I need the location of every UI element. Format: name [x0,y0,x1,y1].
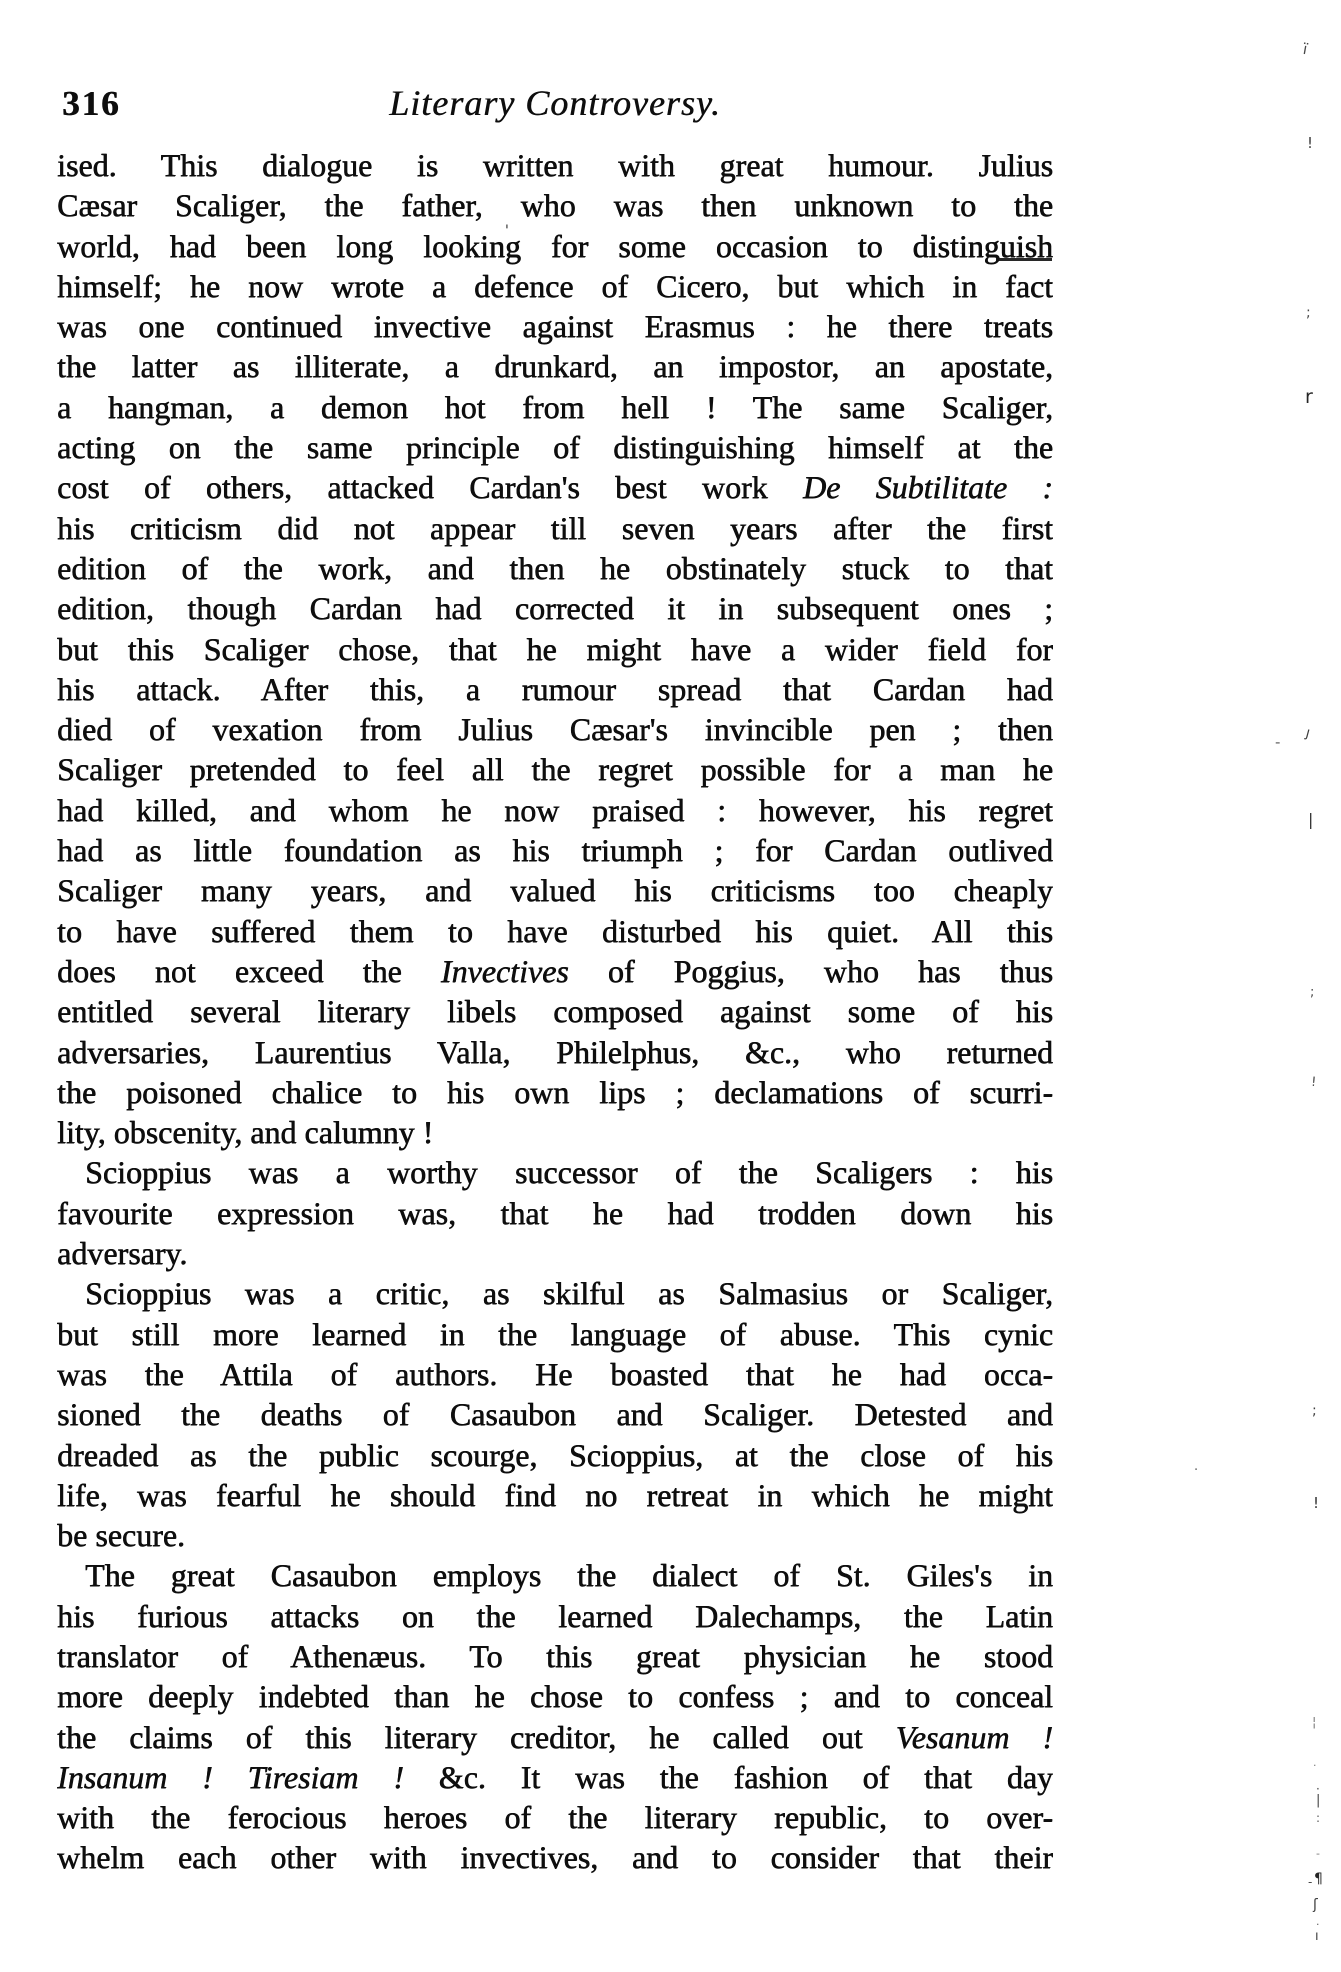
text-line: the latter as illiterate, a drunkard, an… [57,346,1053,386]
text-segment: was one continued invective against Eras… [57,308,1053,344]
text-segment: Scaliger pretended to feel all the regre… [57,751,1053,787]
text-line: a hangman, a demon hot from hell ! The s… [57,387,1053,427]
text-line: ised. This dialogue is written with grea… [57,145,1053,185]
text-line: does not exceed the Invectives of Poggiu… [57,951,1053,991]
text-segment: translator of Athenæus. To this great ph… [57,1638,1053,1674]
text-line: whelm each other with invectives, and to… [57,1837,1053,1877]
text-line: himself; he now wrote a defence of Cicer… [57,266,1053,306]
scan-speck: ; [1306,306,1311,320]
text-segment: cost of others, attacked Cardan's best w… [57,469,803,505]
text-line: his attack. After this, a rumour spread … [57,669,1053,709]
text-segment: himself; he now wrote a defence of Cicer… [57,268,1053,304]
text-line: the poisoned chalice to his own lips ; d… [57,1072,1053,1112]
text-segment: the latter as illiterate, a drunkard, an… [57,348,1053,384]
text-line: life, was fearful he should find no retr… [57,1475,1053,1515]
scan-speck: ȷ [1304,726,1311,741]
text-segment: adversaries, Laurentius Valla, Philelphu… [57,1034,1053,1070]
scan-speck: ! [1313,1496,1319,1511]
text-segment: Scioppius was a worthy successor of the … [85,1154,1053,1190]
scan-speck: r [1305,388,1313,407]
scan-speck: - [1316,1848,1320,1859]
scan-speck: - [1275,735,1280,750]
text-segment: the poisoned chalice to his own lips ; d… [57,1074,1053,1110]
text-segment: a hangman, a demon hot from hell ! The s… [57,389,1053,425]
ink-bar [996,258,1052,261]
scan-speck: ¦ [1312,1716,1316,1729]
text-segment: ised. This dialogue is written with grea… [57,147,1053,183]
text-line: the claims of this literary creditor, he… [57,1717,1053,1757]
text-segment: acting on the same principle of distingu… [57,429,1053,465]
text-line: more deeply indebted than he chose to co… [57,1676,1053,1716]
text-line: Scioppius was a critic, as skilful as Sa… [57,1273,1053,1313]
scan-speck: ; [1312,1404,1317,1418]
text-line: had as little foundation as his triumph … [57,830,1053,870]
text-segment: lity, obscenity, and calumny ! [57,1114,433,1150]
text-line: translator of Athenæus. To this great ph… [57,1636,1053,1676]
scan-speck: ı [1315,1930,1319,1943]
text-segment: Scioppius was a critic, as skilful as Sa… [85,1275,1053,1311]
text-line: Scioppius was a worthy successor of the … [57,1152,1053,1192]
text-segment: edition, though Cardan had corrected it … [57,590,1053,626]
text-line: but still more learned in the language o… [57,1314,1053,1354]
text-line: with the ferocious heroes of the literar… [57,1797,1053,1837]
text-line: Scaliger many years, and valued his crit… [57,870,1053,910]
scan-speck: ¶ [1314,1872,1323,1886]
text-line: adversary. [57,1233,1053,1273]
text-line: dreaded as the public scourge, Scioppius… [57,1435,1053,1475]
text-line: entitled several literary libels compose… [57,991,1053,1031]
text-line: favourite expression was, that he had tr… [57,1193,1053,1233]
text-segment: sioned the deaths of Casaubon and Scalig… [57,1396,1053,1432]
text-segment: entitled several literary libels compose… [57,993,1053,1029]
scan-speck: ! [1310,1076,1316,1089]
text-line: edition, though Cardan had corrected it … [57,588,1053,628]
text-segment: with the ferocious heroes of the literar… [57,1799,1053,1835]
italic-text-segment: De Subtilitate : [803,469,1053,505]
text-segment: of Poggius, who has thus [569,953,1053,989]
scan-speck: · [1313,1760,1317,1771]
text-line: cost of others, attacked Cardan's best w… [57,467,1053,507]
text-segment: favourite expression was, that he had tr… [57,1195,1053,1231]
text-segment: be secure. [57,1517,185,1553]
text-line: The great Casaubon employs the dialect o… [57,1555,1053,1595]
scanned-book-page: 316 Literary Controversy. ised. This dia… [0,0,1341,1972]
text-segment: Cæsar Scaliger, the father, who was then… [57,187,1053,223]
text-line: Cæsar Scaliger, the father, who was then… [57,185,1053,225]
text-line: Insanum ! Tiresiam ! &c. It was the fash… [57,1757,1053,1797]
running-head: Literary Controversy. [57,82,1053,124]
text-segment: his criticism did not appear till seven … [57,510,1053,546]
text-segment: his attack. After this, a rumour spread … [57,671,1053,707]
text-segment: The great Casaubon employs the dialect o… [85,1557,1053,1593]
text-segment: whelm each other with invectives, and to… [57,1839,1053,1875]
text-segment: to have suffered them to have disturbed … [57,913,1053,949]
text-line: but this Scaliger chose, that he might h… [57,629,1053,669]
text-segment: his furious attacks on the learned Dalec… [57,1598,1053,1634]
text-line: acting on the same principle of distingu… [57,427,1053,467]
page-body: ised. This dialogue is written with grea… [57,145,1053,1878]
text-segment: was the Attila of authors. He boasted th… [57,1356,1053,1392]
text-segment: had as little foundation as his triumph … [57,832,1053,868]
scan-speck: ʃ [1313,1898,1318,1912]
text-line: was the Attila of authors. He boasted th… [57,1354,1053,1394]
scan-speck: ' [505,224,509,238]
text-segment: dreaded as the public scourge, Scioppius… [57,1437,1053,1473]
text-segment: life, was fearful he should find no retr… [57,1477,1053,1513]
text-segment: more deeply indebted than he chose to co… [57,1678,1053,1714]
text-line: died of vexation from Julius Cæsar's inv… [57,709,1053,749]
text-segment: world, had been long looking for some oc… [57,228,1053,264]
text-segment: but still more learned in the language o… [57,1316,1053,1352]
scan-speck: · [1194,1464,1198,1477]
text-line: Scaliger pretended to feel all the regre… [57,749,1053,789]
scan-speck: ; [1310,986,1314,999]
text-segment: but this Scaliger chose, that he might h… [57,631,1053,667]
scan-speck: | [1316,1794,1320,1807]
text-segment: &c. It was the fashion of that day [404,1759,1053,1795]
scan-speck: : [1316,1812,1320,1824]
text-segment: had killed, and whom he now praised : ho… [57,792,1053,828]
text-line: was one continued invective against Eras… [57,306,1053,346]
scan-speck: ! [1307,136,1313,151]
text-segment: the claims of this literary creditor, he… [57,1719,896,1755]
text-line: had killed, and whom he now praised : ho… [57,790,1053,830]
italic-text-segment: Vesanum ! [896,1719,1053,1755]
italic-text-segment: Invectives [441,953,569,989]
text-line: his criticism did not appear till seven … [57,508,1053,548]
text-line: world, had been long looking for some oc… [57,226,1053,266]
text-segment: does not exceed the [57,953,441,989]
italic-text-segment: Insanum ! Tiresiam ! [57,1759,404,1795]
text-line: to have suffered them to have disturbed … [57,911,1053,951]
text-line: lity, obscenity, and calumny ! [57,1112,1053,1152]
scan-speck: ï [1302,42,1309,57]
text-line: sioned the deaths of Casaubon and Scalig… [57,1394,1053,1434]
text-segment: edition of the work, and then he obstina… [57,550,1053,586]
text-line: edition of the work, and then he obstina… [57,548,1053,588]
text-line: be secure. [57,1515,1053,1555]
text-segment: died of vexation from Julius Cæsar's inv… [57,711,1053,747]
text-line: his furious attacks on the learned Dalec… [57,1596,1053,1636]
text-segment: Scaliger many years, and valued his crit… [57,872,1053,908]
scan-speck: | [1308,812,1313,828]
text-line: adversaries, Laurentius Valla, Philelphu… [57,1032,1053,1072]
scan-speck: - [1308,1876,1312,1888]
text-segment: adversary. [57,1235,187,1271]
